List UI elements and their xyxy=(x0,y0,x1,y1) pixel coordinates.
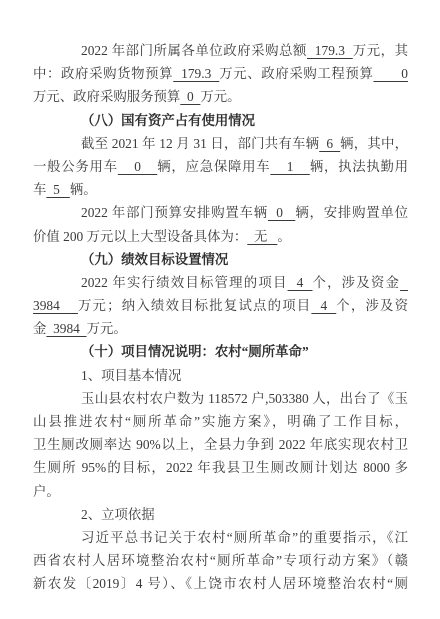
text-run: 。 xyxy=(277,229,290,244)
text-run: 截至 2021 年 12 月 31 日，部门共有车辆 xyxy=(81,136,319,151)
text-run: 2022 年部门预算安排购置车辆 xyxy=(81,205,268,220)
underlined-value: 0 xyxy=(180,89,200,104)
text-run: 辆，执法执勤用 xyxy=(310,159,408,174)
text-line: 2、立项依据 xyxy=(33,503,408,526)
underlined-value: 0 xyxy=(373,66,408,81)
text-line: 生厕所 95%的目标，2022 年我县卫生厕改厕计划达 8000 多 xyxy=(33,456,408,479)
text-run: 1、项目基本情况 xyxy=(81,368,181,383)
text-run: （十）项目情况说明：农村“厕所革命” xyxy=(81,344,309,359)
section-heading-line: （八）国有资产占有使用情况 xyxy=(33,109,408,132)
text-run: 新农发〔2019〕4 号）、《上饶市农村人居环境整治农村“厕 xyxy=(33,576,408,591)
underlined-value xyxy=(400,275,408,290)
text-run: 辆，其中， xyxy=(340,136,408,151)
document-page: 2022 年部门所属各单位政府采购总额 179.3 万元，其中：政府采购货物预算… xyxy=(0,0,440,619)
text-line: 万元、政府采购服务预算 0 万元。 xyxy=(33,85,408,108)
text-line: 新农发〔2019〕4 号）、《上饶市农村人居环境整治农村“厕 xyxy=(33,572,408,595)
underlined-value: 4 xyxy=(311,298,336,313)
section-heading-line: （十）项目情况说明：农村“厕所革命” xyxy=(33,340,408,363)
text-line: 山县推进农村“厕所革命”实施方案》，明确了工作目标， xyxy=(33,410,408,433)
text-run: （九）绩效目标设置情况 xyxy=(81,252,228,267)
underlined-value: 4 xyxy=(288,275,313,290)
text-run: 2、立项依据 xyxy=(81,507,155,522)
text-line: 一般公务用车 0 辆，应急保障用车 1 辆，执法执勤用 xyxy=(33,155,408,178)
text-line: 西省农村人居环境整治农村“厕所革命”专项行动方案》（赣 xyxy=(33,549,408,572)
text-run: 生厕所 95%的目标，2022 年我县卫生厕改厕计划达 8000 多 xyxy=(33,460,408,475)
underlined-value: 6 xyxy=(319,136,340,151)
text-run: 2022 年部门所属各单位政府采购总额 xyxy=(81,43,307,58)
text-line: 习近平总书记关于农村“厕所革命”的重要指示，《江 xyxy=(33,526,408,549)
text-line: 3984 万元；纳入绩效目标批复试点的项目 4 个，涉及资 xyxy=(33,294,408,317)
text-run: 玉山县农村农户数为 118572 户,503380 人，出台了《玉 xyxy=(81,391,408,406)
text-run: 万元。 xyxy=(200,89,240,104)
underlined-value: 3984 xyxy=(33,298,78,313)
text-run: 一般公务用车 xyxy=(33,159,118,174)
underlined-value: 无 xyxy=(247,229,277,244)
underlined-value: 179.3 xyxy=(307,43,353,58)
text-run: 习近平总书记关于农村“厕所革命”的重要指示，《江 xyxy=(81,530,408,545)
text-run: 辆。 xyxy=(70,182,97,197)
text-run: 中：政府采购货物预算 xyxy=(33,66,173,81)
text-line: 2022 年部门预算安排购置车辆 0 辆，安排购置单位 xyxy=(33,201,408,224)
text-run: 户。 xyxy=(33,484,60,499)
text-line: 截至 2021 年 12 月 31 日，部门共有车辆 6 辆，其中， xyxy=(33,132,408,155)
text-run: 辆，安排购置单位 xyxy=(295,205,408,220)
text-line: 价值 200 万元以上大型设备具体为： 无 。 xyxy=(33,225,408,248)
underlined-value: 179.3 xyxy=(173,66,219,81)
text-line: 中：政府采购货物预算 179.3 万元、政府采购工程预算 0 xyxy=(33,62,408,85)
text-run: 辆，应急保障用车 xyxy=(157,159,270,174)
text-line: 户。 xyxy=(33,480,408,503)
underlined-value: 3984 xyxy=(46,321,86,336)
text-run: 卫生厕改厕率达 90%以上，全县力争到 2022 年底实现农村卫 xyxy=(33,437,408,452)
text-line: 金 3984 万元。 xyxy=(33,317,408,340)
text-run: 万元、政府采购服务预算 xyxy=(33,89,180,104)
text-run: 价值 200 万元以上大型设备具体为： xyxy=(33,229,247,244)
underlined-value: 0 xyxy=(118,159,157,174)
text-run: 万元，其 xyxy=(353,43,408,58)
text-line: 车 5 辆。 xyxy=(33,178,408,201)
text-run: 山县推进农村“厕所革命”实施方案》，明确了工作目标， xyxy=(33,414,408,429)
text-run: 西省农村人居环境整治农村“厕所革命”专项行动方案》（赣 xyxy=(33,553,408,568)
underlined-value: 5 xyxy=(46,182,69,197)
text-run: 万元、政府采购工程预算 xyxy=(219,66,373,81)
text-run: 车 xyxy=(33,182,46,197)
text-line: 1、项目基本情况 xyxy=(33,364,408,387)
text-line: 玉山县农村农户数为 118572 户,503380 人，出台了《玉 xyxy=(33,387,408,410)
text-run: 万元；纳入绩效目标批复试点的项目 xyxy=(78,298,311,313)
text-run: 2022 年实行绩效目标管理的项目 xyxy=(81,275,288,290)
section-heading-line: （九）绩效目标设置情况 xyxy=(33,248,408,271)
text-line: 卫生厕改厕率达 90%以上，全县力争到 2022 年底实现农村卫 xyxy=(33,433,408,456)
text-run: 金 xyxy=(33,321,46,336)
underlined-value: 1 xyxy=(270,159,309,174)
text-line: 2022 年实行绩效目标管理的项目 4 个，涉及资金 xyxy=(33,271,408,294)
text-line: 2022 年部门所属各单位政府采购总额 179.3 万元，其 xyxy=(33,39,408,62)
text-run: （八）国有资产占有使用情况 xyxy=(81,113,255,128)
text-run: 个，涉及资 xyxy=(336,298,408,313)
underlined-value: 0 xyxy=(268,205,295,220)
text-run: 万元。 xyxy=(87,321,127,336)
text-run: 个，涉及资金 xyxy=(312,275,400,290)
document-body: 2022 年部门所属各单位政府采购总额 179.3 万元，其中：政府采购货物预算… xyxy=(33,39,408,596)
